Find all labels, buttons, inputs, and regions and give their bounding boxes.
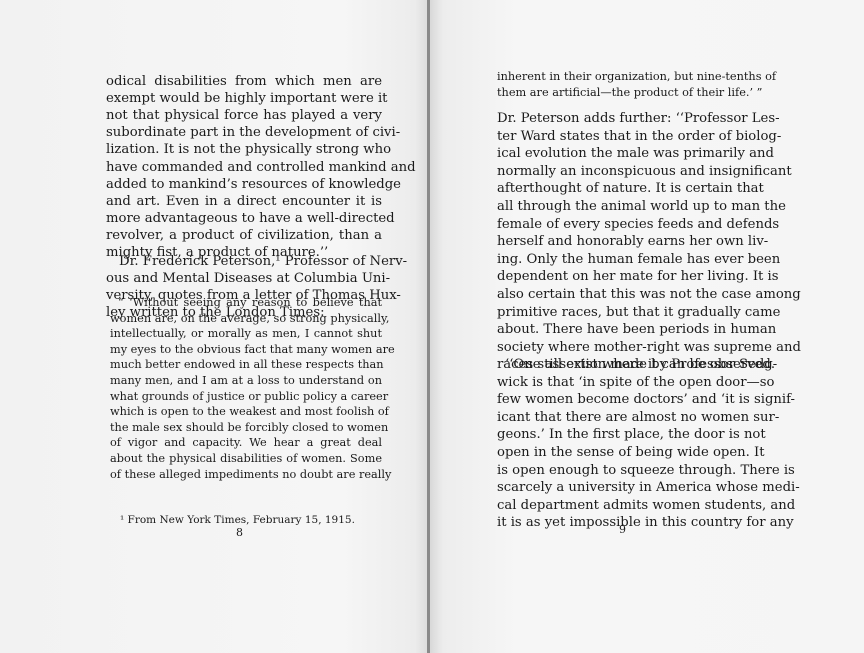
text-line: subordinate part in the development of c…	[106, 124, 382, 141]
text-line: Dr. Frederick Peterson,¹ Professor of Ne…	[119, 253, 382, 270]
text-line: ical evolution the male was primarily an…	[497, 145, 759, 162]
text-line: icant that there are almost no women sur…	[497, 409, 759, 426]
quote-line: inherent in their organization, but nine…	[497, 69, 759, 84]
text-line: and art. Even in a direct encounter it i…	[106, 193, 382, 210]
text-line: lization. It is not the physically stron…	[106, 141, 382, 158]
text-line: also certain that this was not the case …	[497, 286, 759, 303]
text-line: ter Ward states that in the order of bio…	[497, 128, 759, 145]
text-line: have commanded and controlled mankind an…	[106, 159, 382, 176]
text-line: geons.’ In the first place, the door is …	[497, 426, 759, 443]
text-line: scarcely a university in America whose m…	[497, 479, 759, 496]
quote-line: of vigor and capacity. We hear a great d…	[110, 435, 382, 450]
text-line: open in the sense of being wide open. It	[497, 444, 759, 461]
text-line: exempt would be highly important were it	[106, 90, 382, 107]
quote-line: the male sex should be forcibly closed t…	[110, 420, 382, 435]
text-line: is open enough to squeeze through. There…	[497, 462, 759, 479]
quote-line: many men, and I am at a loss to understa…	[110, 373, 382, 388]
quote-line: “ ‘Without seeing any reason to believe …	[118, 295, 382, 310]
text-line: ous and Mental Diseases at Columbia Uni-	[106, 270, 382, 287]
quote-line: about the physical disabilities of women…	[110, 451, 382, 466]
text-line: wick is that ‘in spite of the open door—…	[497, 374, 759, 391]
quote-line: of these alleged impediments no doubt ar…	[110, 467, 382, 482]
book-gutter	[427, 0, 430, 653]
text-line: odical disabilities from which men are	[106, 73, 382, 90]
text-line: all through the animal world up to man t…	[497, 198, 759, 215]
text-line: not that physical force has played a ver…	[106, 107, 382, 124]
text-line: Dr. Peterson adds further: ‘‘Professor L…	[497, 110, 759, 127]
text-line: cal department admits women students, an…	[497, 497, 759, 514]
text-line: ing. Only the human female has ever been	[497, 251, 759, 268]
text-line: normally an inconspicuous and insignific…	[497, 163, 759, 180]
text-line: society where mother-right was supreme a…	[497, 339, 759, 356]
page-number-right: 9	[619, 523, 626, 536]
quote-line: women are, on the average, so strong phy…	[110, 311, 382, 326]
quote-line: my eyes to the obvious fact that many wo…	[110, 342, 382, 357]
text-line: about. There have been periods in human	[497, 321, 759, 338]
text-line: revolver, a product of civilization, tha…	[106, 227, 382, 244]
book-spread: odical disabilities from which men areex…	[0, 0, 864, 653]
quote-line: intellectually, or morally as men, I can…	[110, 326, 382, 341]
text-line: primitive races, but that it gradually c…	[497, 304, 759, 321]
text-line: dependent on her mate for her living. It…	[497, 268, 759, 285]
page-number-left: 8	[236, 526, 243, 539]
text-line: added to mankind’s resources of knowledg…	[106, 176, 382, 193]
quote-line: what grounds of justice or public policy…	[110, 389, 382, 404]
footnote: ¹ From New York Times, February 15, 1915…	[120, 513, 355, 527]
text-line: more advantageous to have a well-directe…	[106, 210, 382, 227]
text-line: female of every species feeds and defend…	[497, 216, 759, 233]
text-line: afterthought of nature. It is certain th…	[497, 180, 759, 197]
text-line: herself and honorably earns her own liv-	[497, 233, 759, 250]
quote-line: them are artificial—the product of their…	[497, 85, 762, 100]
quote-line: which is open to the weakest and most fo…	[110, 404, 382, 419]
quote-line: much better endowed in all these respect…	[110, 357, 382, 372]
text-line: ‘‘One assertion made by Professor Sedg-	[505, 356, 759, 373]
text-line: few women become doctors’ and ‘it is sig…	[497, 391, 759, 408]
text-line: it is as yet impossible in this country …	[497, 514, 759, 531]
